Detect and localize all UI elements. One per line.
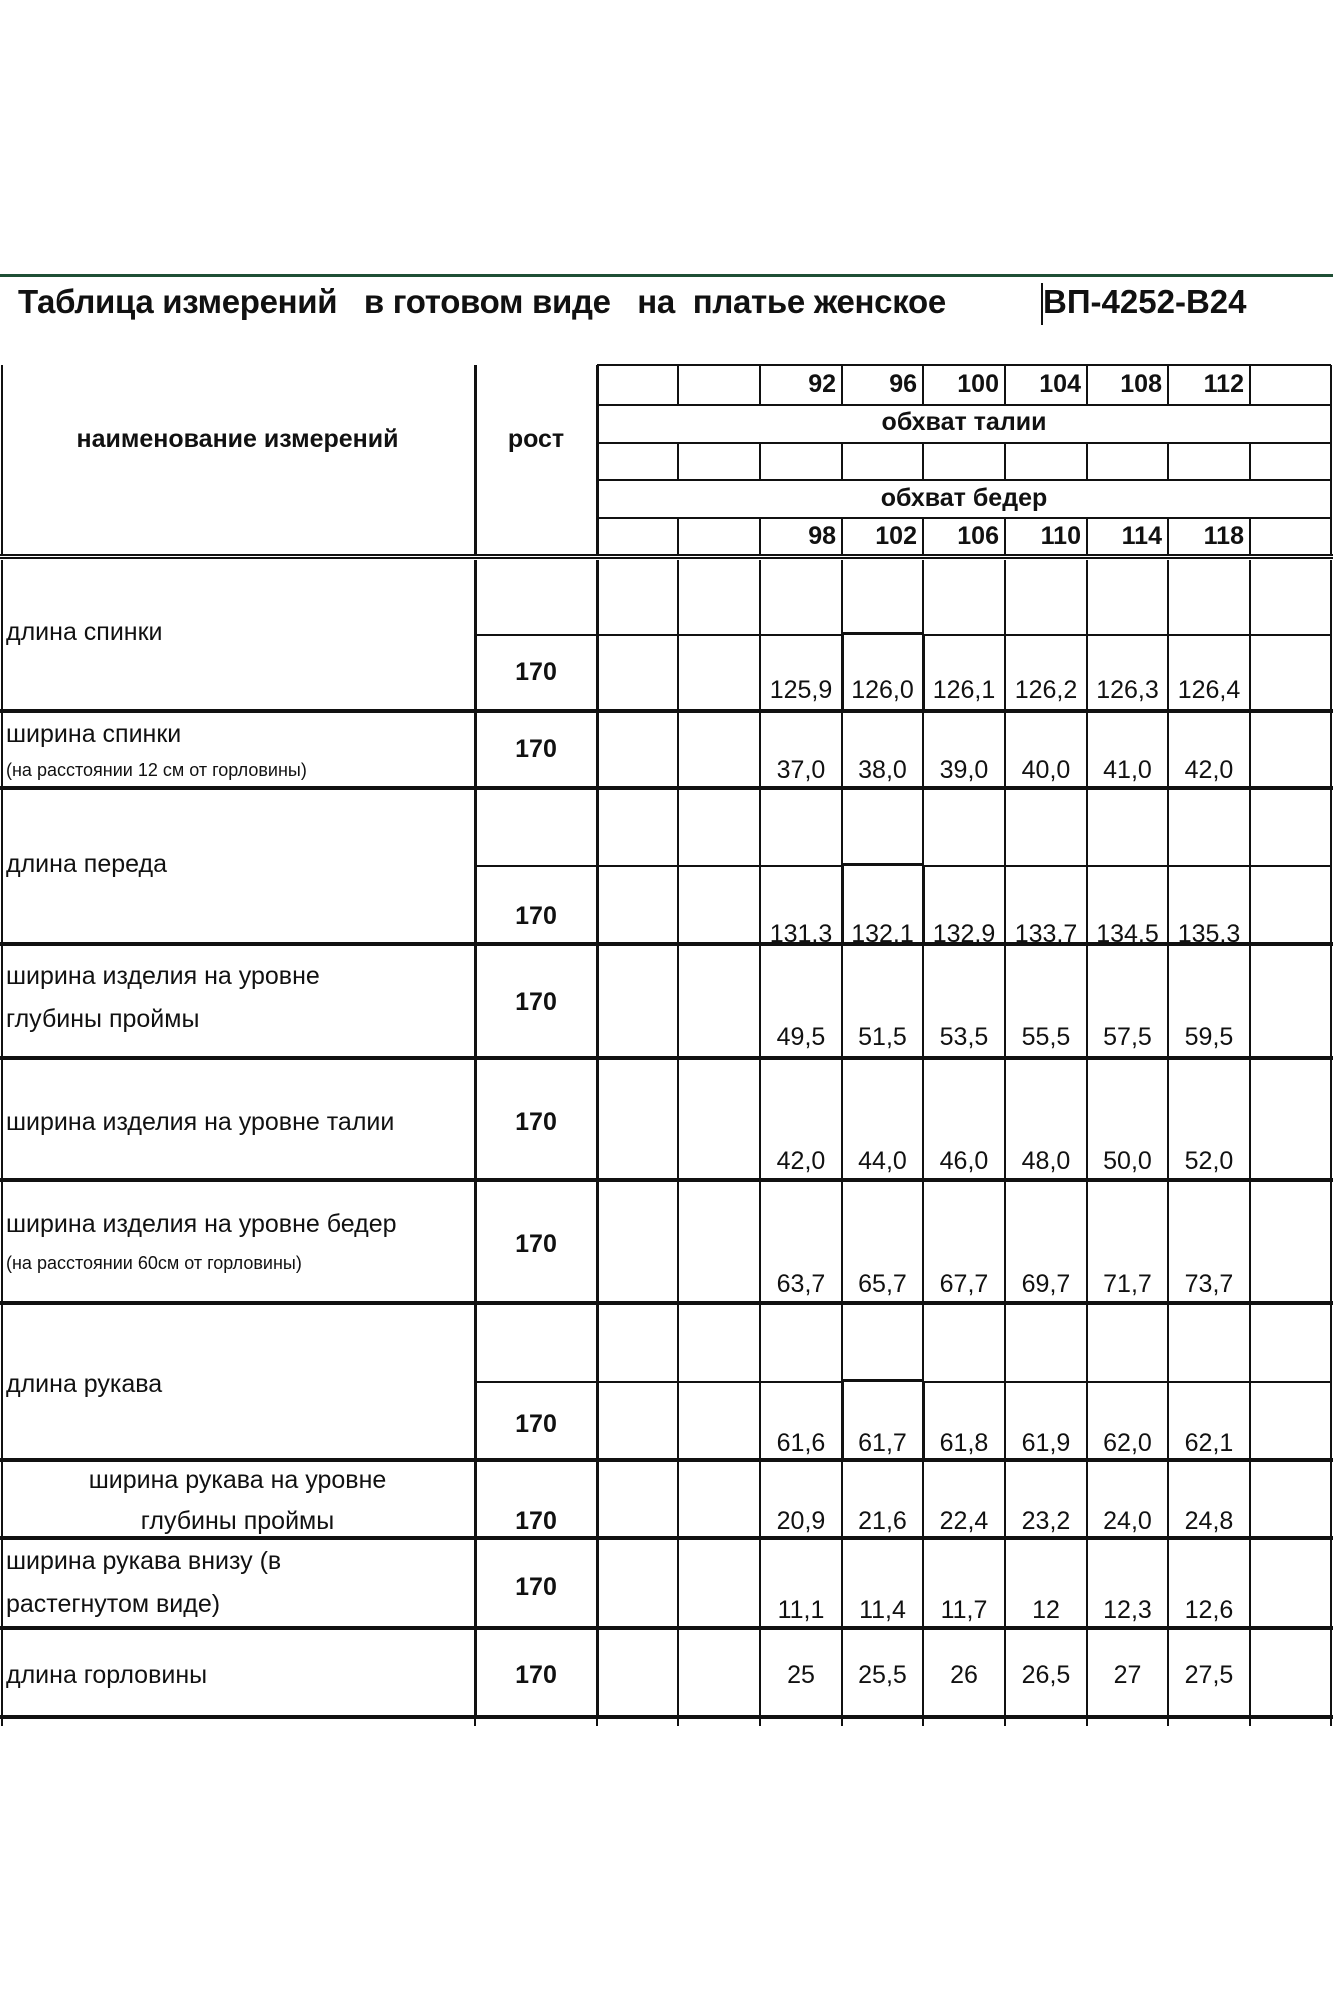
grid-line-v	[1, 1537, 3, 1627]
measurement-name: ширина изделия на уровне	[6, 962, 320, 991]
size-value: 61,7	[842, 1429, 923, 1458]
size-value: 22,4	[923, 1507, 1005, 1536]
height-value: 170	[475, 1108, 597, 1137]
top-rule	[0, 274, 1333, 277]
hip-size: 110	[1005, 522, 1081, 551]
measurement-name: ширина рукава на уровне	[0, 1466, 475, 1495]
size-value: 42,0	[760, 1147, 842, 1176]
grid-line-v	[474, 1718, 476, 1726]
grid-line-v	[1, 1302, 3, 1459]
size-value: 126,4	[1168, 676, 1250, 705]
grid-line-v	[1004, 443, 1006, 480]
size-value: 11,4	[842, 1596, 923, 1625]
grid-line-v	[677, 1057, 679, 1179]
measurement-name: ширина изделия на уровне талии	[6, 1108, 394, 1137]
size-value: 71,7	[1087, 1270, 1168, 1299]
grid-line-v	[596, 1718, 598, 1726]
waist-label: обхват талии	[597, 408, 1331, 437]
height-value: 170	[475, 658, 597, 687]
size-value: 52,0	[1168, 1147, 1250, 1176]
measurement-note: (на расстоянии 60см от горловины)	[6, 1253, 302, 1274]
size-value: 67,7	[923, 1270, 1005, 1299]
size-value: 48,0	[1005, 1147, 1087, 1176]
grid-line-h	[0, 1181, 1333, 1182]
grid-line-v	[1249, 443, 1251, 480]
size-value: 44,0	[842, 1147, 923, 1176]
size-value: 132,1	[842, 920, 923, 949]
size-value: 134,5	[1087, 920, 1168, 949]
grid-line-v	[1249, 518, 1251, 555]
grid-line-v	[1, 1627, 3, 1716]
size-value: 12	[1005, 1596, 1087, 1625]
grid-line-h	[0, 1461, 1333, 1462]
grid-line-v	[1330, 1627, 1332, 1716]
size-value: 126,0	[842, 676, 923, 705]
size-value: 133,7	[1005, 920, 1087, 949]
grid-line-v	[677, 1627, 679, 1716]
grid-line-v	[841, 443, 843, 480]
size-value: 49,5	[760, 1023, 842, 1052]
hip-size: 118	[1168, 522, 1244, 551]
column-header-height: рост	[475, 425, 597, 454]
size-value: 11,1	[760, 1596, 842, 1625]
size-value: 38,0	[842, 756, 923, 785]
height-value: 170	[475, 1230, 597, 1259]
grid-line-v	[677, 1179, 679, 1302]
grid-line-v	[677, 710, 679, 787]
size-value: 62,1	[1168, 1429, 1250, 1458]
grid-line-h	[760, 865, 842, 867]
grid-line-v	[677, 1718, 679, 1726]
grid-line-v	[759, 1718, 761, 1726]
hip-size: 102	[842, 522, 917, 551]
size-value: 62,0	[1087, 1429, 1168, 1458]
grid-line-v	[1330, 1537, 1332, 1627]
measurement-note: (на расстоянии 12 см от горловины)	[6, 760, 307, 781]
waist-size: 112	[1168, 370, 1244, 399]
grid-line-h	[597, 479, 1331, 481]
grid-line-v	[596, 365, 599, 555]
size-value: 27	[1087, 1661, 1168, 1690]
size-value: 61,8	[923, 1429, 1005, 1458]
grid-line-h	[0, 1718, 1333, 1719]
size-value: 39,0	[923, 756, 1005, 785]
measurement-name: ширина спинки	[6, 720, 181, 749]
grid-line-v	[1, 943, 3, 1057]
size-value: 12,6	[1168, 1596, 1250, 1625]
grid-line-v	[1330, 1459, 1332, 1537]
measurement-name: ширина рукава внизу (в	[6, 1547, 281, 1576]
size-value: 126,1	[923, 676, 1005, 705]
measurement-name-line2: глубины проймы	[0, 1507, 475, 1536]
waist-size: 96	[842, 370, 917, 399]
product-code: ВП-4252-В24	[1043, 283, 1246, 321]
measurement-name: длина спинки	[6, 618, 163, 647]
size-value: 24,8	[1168, 1507, 1250, 1536]
grid-line-h	[0, 712, 1333, 713]
grid-line-v	[1249, 1718, 1251, 1726]
hip-label: обхват бедер	[597, 484, 1331, 513]
grid-line-v	[1086, 443, 1088, 480]
grid-line-h	[0, 1629, 1333, 1630]
grid-line-v	[1167, 443, 1169, 480]
grid-line-h	[0, 789, 1333, 790]
grid-line-h	[842, 863, 923, 866]
grid-line-v	[1, 1179, 3, 1302]
waist-size: 104	[1005, 370, 1081, 399]
size-value: 57,5	[1087, 1023, 1168, 1052]
size-value: 21,6	[842, 1507, 923, 1536]
size-value: 61,9	[1005, 1429, 1087, 1458]
grid-line-v	[1167, 1718, 1169, 1726]
size-value: 46,0	[923, 1147, 1005, 1176]
grid-line-h	[842, 632, 923, 635]
grid-line-v	[1249, 365, 1251, 405]
height-value: 170	[475, 1661, 597, 1690]
height-value: 170	[475, 735, 597, 764]
size-value: 20,9	[760, 1507, 842, 1536]
grid-line-v	[1, 1718, 3, 1726]
grid-line-v	[677, 443, 679, 480]
grid-line-h	[475, 1381, 760, 1383]
grid-line-h	[597, 364, 1331, 366]
grid-line-v	[1, 365, 3, 555]
grid-line-h	[597, 442, 1331, 444]
size-value: 42,0	[1168, 756, 1250, 785]
grid-line-h	[760, 1381, 842, 1383]
size-value: 41,0	[1087, 756, 1168, 785]
measurement-name: ширина изделия на уровне бедер	[6, 1210, 397, 1239]
size-value: 50,0	[1087, 1147, 1168, 1176]
size-value: 26	[923, 1661, 1005, 1690]
size-value: 40,0	[1005, 756, 1087, 785]
grid-line-v	[1330, 365, 1332, 555]
size-value: 135,3	[1168, 920, 1250, 949]
size-value: 59,5	[1168, 1023, 1250, 1052]
size-value: 23,2	[1005, 1507, 1087, 1536]
grid-line-v	[1, 1057, 3, 1179]
size-value: 25,5	[842, 1661, 923, 1690]
measurement-name-line2: растегнутом виде)	[6, 1590, 220, 1619]
hip-size: 106	[923, 522, 999, 551]
size-value: 73,7	[1168, 1270, 1250, 1299]
grid-line-v	[474, 365, 477, 555]
grid-line-v	[922, 443, 924, 480]
size-value: 51,5	[842, 1023, 923, 1052]
grid-line-h	[923, 865, 1331, 867]
size-value: 132,9	[923, 920, 1005, 949]
grid-line-h	[597, 517, 1331, 519]
grid-line-v	[759, 443, 761, 480]
grid-line-h	[842, 1379, 923, 1382]
hip-size: 114	[1087, 522, 1162, 551]
waist-size: 100	[923, 370, 999, 399]
size-value: 24,0	[1087, 1507, 1168, 1536]
grid-line-v	[677, 365, 679, 405]
height-value: 170	[475, 1410, 597, 1439]
waist-size: 108	[1087, 370, 1162, 399]
waist-size: 92	[760, 370, 836, 399]
grid-line-v	[677, 1537, 679, 1627]
grid-line-v	[1004, 1718, 1006, 1726]
size-value: 53,5	[923, 1023, 1005, 1052]
grid-line-h	[923, 634, 1331, 636]
grid-line-h	[475, 865, 760, 867]
grid-line-v	[677, 943, 679, 1057]
size-value: 26,5	[1005, 1661, 1087, 1690]
grid-line-v	[1330, 1718, 1332, 1726]
grid-line-h	[0, 1539, 1333, 1540]
size-value: 61,6	[760, 1429, 842, 1458]
size-value: 25	[760, 1661, 842, 1690]
grid-line-v	[841, 1718, 843, 1726]
measurement-name: длина горловины	[6, 1661, 207, 1690]
size-value: 55,5	[1005, 1023, 1087, 1052]
height-value: 170	[475, 902, 597, 931]
grid-line-v	[1, 560, 3, 710]
grid-line-h	[760, 634, 842, 636]
height-value: 170	[475, 1573, 597, 1602]
measurement-name-line2: глубины проймы	[6, 1005, 199, 1034]
grid-line-v	[677, 1459, 679, 1537]
size-value: 63,7	[760, 1270, 842, 1299]
grid-line-v	[1, 710, 3, 787]
column-header-name: наименование измерений	[0, 425, 475, 454]
size-value: 12,3	[1087, 1596, 1168, 1625]
size-value: 125,9	[760, 676, 842, 705]
grid-line-h	[597, 404, 1331, 406]
size-value: 27,5	[1168, 1661, 1250, 1690]
size-value: 11,7	[923, 1596, 1005, 1625]
measurement-name: длина переда	[6, 850, 167, 879]
grid-line-v	[1086, 1718, 1088, 1726]
height-value: 170	[475, 988, 597, 1017]
page-title: Таблица измерений в готовом виде на плат…	[18, 283, 946, 321]
hip-size: 98	[760, 522, 836, 551]
grid-line-h	[0, 1059, 1333, 1060]
grid-line-h	[475, 634, 760, 636]
grid-line-v	[1330, 1057, 1332, 1179]
grid-line-h	[0, 557, 1333, 559]
size-value: 131,3	[760, 920, 842, 949]
grid-line-h	[0, 1304, 1333, 1305]
height-value: 170	[475, 1507, 597, 1536]
size-value: 65,7	[842, 1270, 923, 1299]
size-value: 69,7	[1005, 1270, 1087, 1299]
grid-line-v	[1, 787, 3, 943]
size-value: 37,0	[760, 756, 842, 785]
size-value: 126,3	[1087, 676, 1168, 705]
grid-line-v	[922, 1718, 924, 1726]
grid-line-v	[1330, 1179, 1332, 1302]
measurement-name: длина рукава	[6, 1370, 162, 1399]
grid-line-h	[923, 1381, 1331, 1383]
grid-line-h	[0, 554, 1333, 556]
grid-line-v	[677, 518, 679, 555]
grid-line-v	[1330, 710, 1332, 787]
size-value: 126,2	[1005, 676, 1087, 705]
grid-line-v	[1330, 943, 1332, 1057]
